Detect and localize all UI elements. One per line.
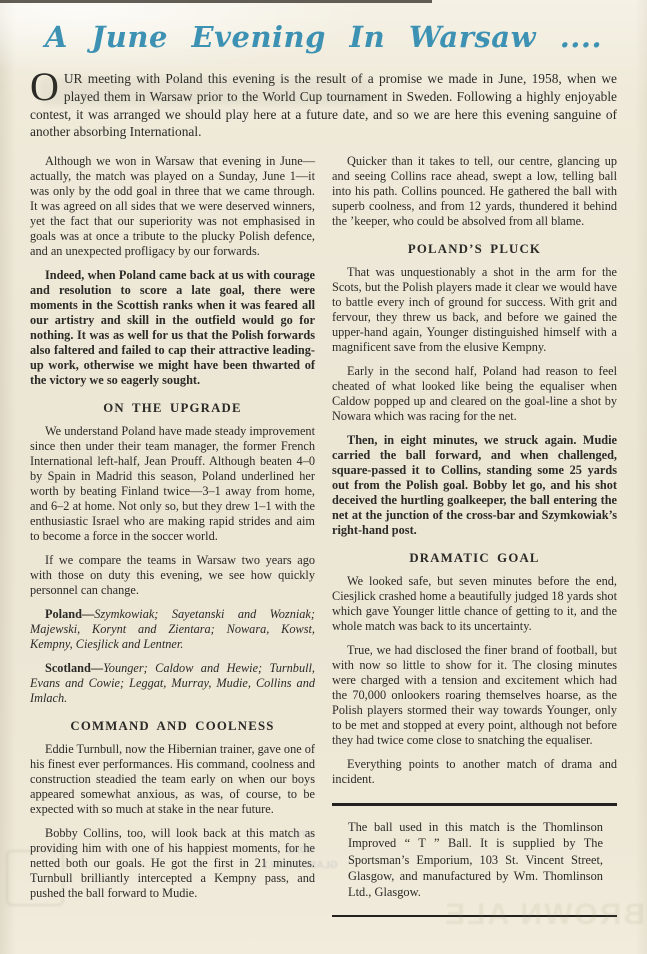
scan-edge-artifact: [0, 0, 432, 3]
team-label: Scotland—: [45, 661, 103, 675]
paragraph: Bobby Collins, too, will look back at th…: [30, 826, 315, 901]
paragraph: We looked safe, but seven minutes before…: [332, 574, 617, 634]
paragraph: True, we had disclosed the finer brand o…: [332, 643, 617, 748]
paragraph: Eddie Turnbull, now the Hibernian traine…: [30, 742, 315, 817]
right-column: Quicker than it takes to tell, our centr…: [332, 154, 617, 917]
team-lineup-scotland: Scotland—Younger; Caldow and Hewie; Turn…: [30, 661, 315, 706]
section-heading-command-and-coolness: COMMAND AND COOLNESS: [30, 719, 315, 734]
paragraph: We understand Poland have made steady im…: [30, 424, 315, 544]
paragraph: Quicker than it takes to tell, our centr…: [332, 154, 617, 229]
paragraph: If we compare the teams in Warsaw two ye…: [30, 553, 315, 598]
team-label: Poland—: [45, 607, 94, 621]
intro-paragraph: OUR meeting with Poland this evening is …: [30, 70, 617, 141]
article-body: OUR meeting with Poland this evening is …: [0, 70, 647, 917]
paragraph: Although we won in Warsaw that evening i…: [30, 154, 315, 259]
paragraph-bold: Indeed, when Poland came back at us with…: [30, 268, 315, 388]
paragraph-bold: Then, in eight minutes, we struck again.…: [332, 433, 617, 538]
left-column: Although we won in Warsaw that evening i…: [30, 154, 315, 917]
page-title: A June Evening In Warsaw ....: [0, 0, 647, 54]
programme-page: A June Evening In Warsaw .... OUR meetin…: [0, 0, 647, 954]
intro-text: UR meeting with Poland this evening is t…: [30, 71, 617, 139]
drop-cap: O: [30, 70, 64, 102]
team-lineup-poland: Poland—Szymkowiak; Sayetanski and Woznia…: [30, 607, 315, 652]
match-ball-note-box: The ball used in this match is the Thoml…: [332, 803, 617, 917]
section-heading-polands-pluck: POLAND’S PLUCK: [332, 242, 617, 257]
section-heading-on-the-upgrade: ON THE UPGRADE: [30, 401, 315, 416]
section-heading-dramatic-goal: DRAMATIC GOAL: [332, 551, 617, 566]
paragraph: That was unquestionably a shot in the ar…: [332, 265, 617, 355]
match-ball-note-text: The ball used in this match is the Thoml…: [348, 819, 603, 900]
paragraph: Early in the second half, Poland had rea…: [332, 364, 617, 424]
paragraph: Everything points to another match of dr…: [332, 757, 617, 787]
